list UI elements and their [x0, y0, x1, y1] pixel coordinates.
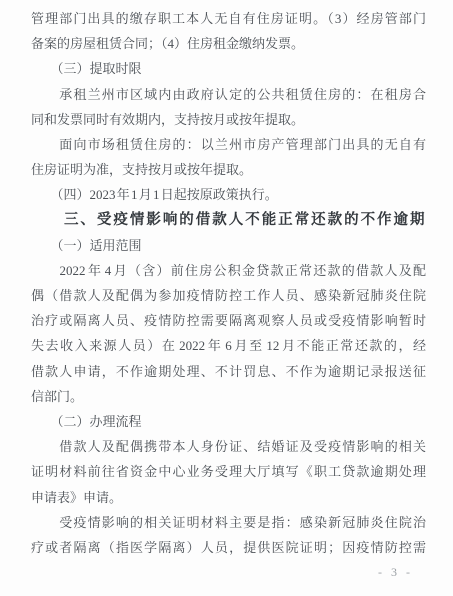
text-line: 管理部门出具的缴存职工本人无自有住房证明。（3）经房管部门 — [31, 6, 426, 31]
text-line: 同和发票同时有效期内，支持按月或按年提取。 — [31, 107, 426, 132]
paragraph: 借款人及配偶携带本人身份证、结婚证及受疫情影响的相关证明材料前往省资金中心业务受… — [31, 434, 426, 510]
text-line: 申请表》申请。 — [31, 485, 426, 510]
section-heading: 三、受疫情影响的借款人不能正常还款的不作逾期处理 — [31, 208, 426, 233]
text-line: 证明材料前往省资金中心业务受理大厅填写《职工贷款逾期处理 — [31, 459, 426, 484]
paragraph: 管理部门出具的缴存职工本人无自有住房证明。（3）经房管部门备案的房屋租赁合同；（… — [31, 6, 426, 56]
paragraph: 2022 年 4 月（含）前住房公积金贷款正常还款的借款人及配偶（借款人及配偶为… — [31, 258, 426, 409]
paragraph: 面向市场租赁住房的：以兰州市房产管理部门出具的无自有住房证明为准，支持按月或按年… — [31, 132, 426, 182]
text-line: （三）提取时限 — [31, 56, 426, 81]
text-line: （一）适用范围 — [31, 233, 426, 258]
paragraph: （四）2023 年 1 月 1 日起按原政策执行。 — [31, 182, 426, 207]
paragraph: （三）提取时限 — [31, 56, 426, 81]
paragraph: 承租兰州市区域内由政府认定的公共租赁住房的：在租房合同和发票同时有效期内，支持按… — [31, 82, 426, 132]
text-line: 面向市场租赁住房的：以兰州市房产管理部门出具的无自有 — [31, 132, 426, 157]
text-line: （四）2023 年 1 月 1 日起按原政策执行。 — [31, 182, 426, 207]
text-line: 信部门。 — [31, 384, 426, 409]
text-line: 住房证明为准，支持按月或按年提取。 — [31, 157, 426, 182]
text-line: 疗或者隔离（指医学隔离）人员，提供医院证明；因疫情防控需 — [31, 535, 426, 560]
text-line: （二）办理流程 — [31, 409, 426, 434]
text-line: 受疫情影响的相关证明材料主要是指：感染新冠肺炎住院治 — [31, 510, 426, 535]
text-line: 偶（借款人及配偶为参加疫情防控工作人员、感染新冠肺炎住院 — [31, 283, 426, 308]
text-line: 承租兰州市区域内由政府认定的公共租赁住房的：在租房合 — [31, 82, 426, 107]
paragraph: （一）适用范围 — [31, 233, 426, 258]
text-line: 备案的房屋租赁合同；（4）住房租金缴纳发票。 — [31, 31, 426, 56]
text-line: 治疗或隔离人员、疫情防控需要隔离观察人员或受疫情影响暂时 — [31, 308, 426, 333]
document-body: 管理部门出具的缴存职工本人无自有住房证明。（3）经房管部门备案的房屋租赁合同；（… — [31, 6, 426, 560]
document-page: 管理部门出具的缴存职工本人无自有住房证明。（3）经房管部门备案的房屋租赁合同；（… — [0, 0, 453, 596]
text-line: 借款人申请，不作逾期处理、不计罚息、不作为逾期记录报送征 — [31, 359, 426, 384]
page-number: - 3 - — [378, 565, 413, 580]
text-line: 失去收入来源人员）在 2022 年 6 月至 12 月不能正常还款的，经 — [31, 333, 426, 358]
paragraph: （二）办理流程 — [31, 409, 426, 434]
paragraph: 受疫情影响的相关证明材料主要是指：感染新冠肺炎住院治疗或者隔离（指医学隔离）人员… — [31, 510, 426, 560]
text-line: 2022 年 4 月（含）前住房公积金贷款正常还款的借款人及配 — [31, 258, 426, 283]
text-line: 借款人及配偶携带本人身份证、结婚证及受疫情影响的相关 — [31, 434, 426, 459]
text-line: 三、受疫情影响的借款人不能正常还款的不作逾期处理 — [31, 208, 426, 233]
